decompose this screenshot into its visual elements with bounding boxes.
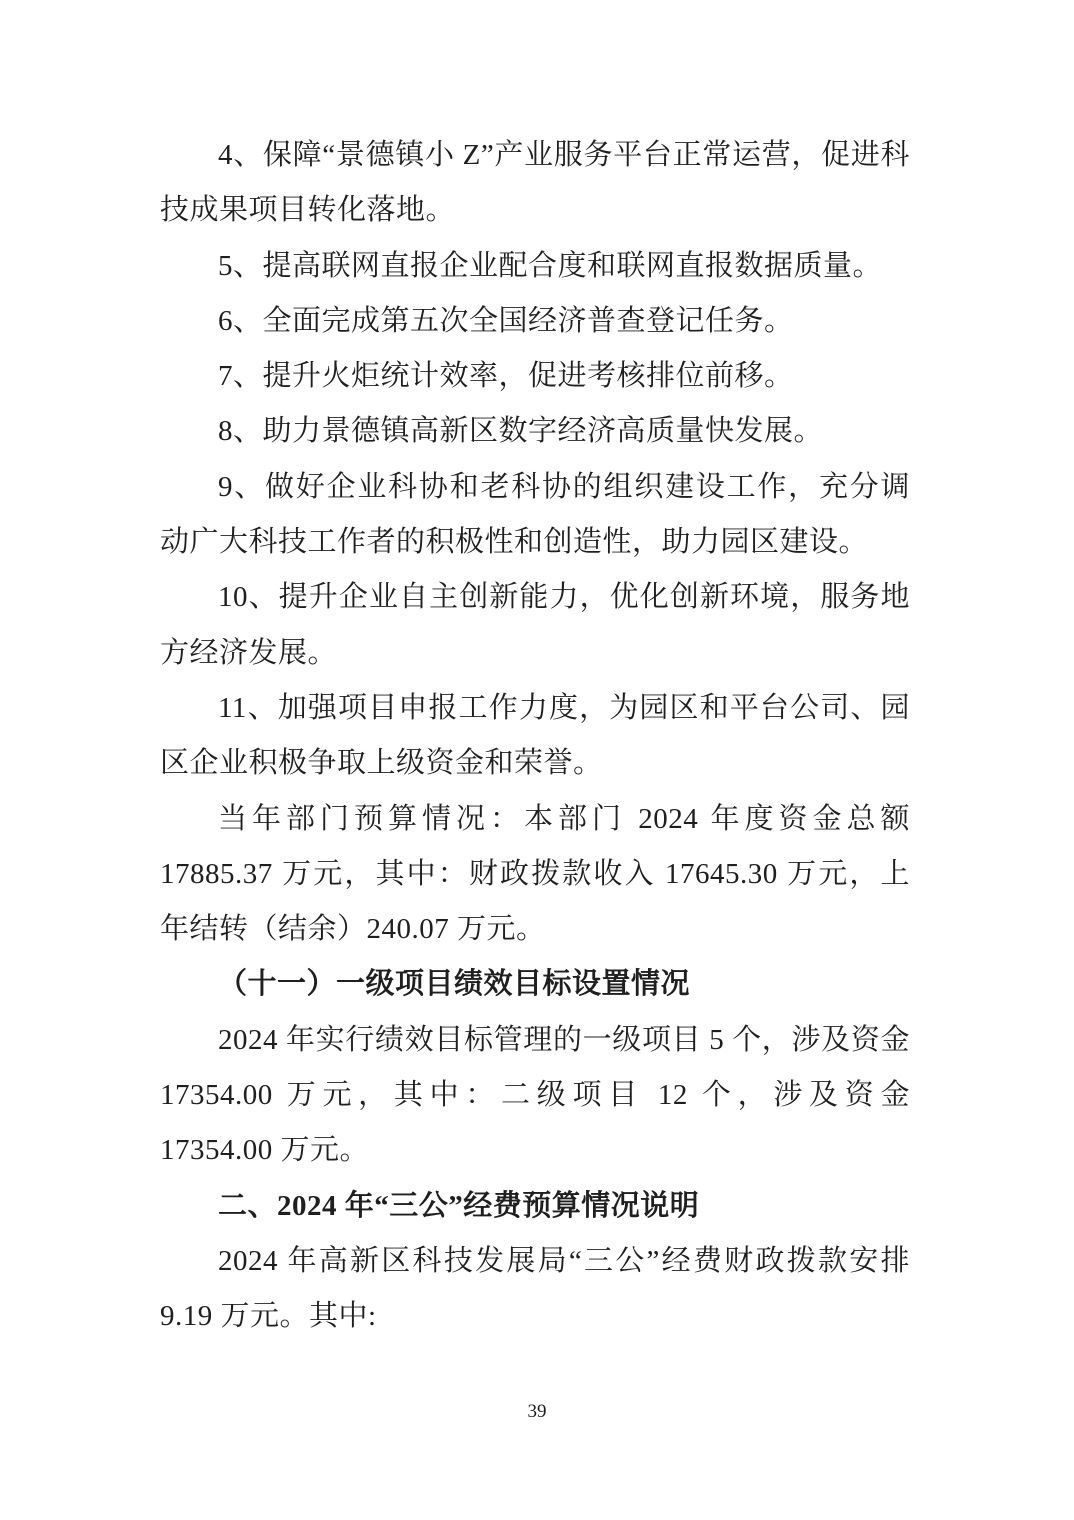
paragraph-performance-targets: 2024 年实行绩效目标管理的一级项目 5 个，涉及资金 17354.00 万元… xyxy=(160,1013,910,1179)
section-heading-2: 二、2024 年“三公”经费预算情况说明 xyxy=(160,1179,910,1234)
page-number: 39 xyxy=(0,1400,1074,1424)
paragraph-item-10: 10、提升企业自主创新能力，优化创新环境，服务地方经济发展。 xyxy=(160,570,910,681)
document-body: 4、保障“景德镇小 Z”产业服务平台正常运营，促进科技成果项目转化落地。 5、提… xyxy=(160,128,910,1345)
paragraph-item-7: 7、提升火炬统计效率，促进考核排位前移。 xyxy=(160,349,910,404)
paragraph-item-5: 5、提高联网直报企业配合度和联网直报数据质量。 xyxy=(160,239,910,294)
paragraph-item-8: 8、助力景德镇高新区数字经济高质量快发展。 xyxy=(160,404,910,459)
paragraph-budget-summary: 当年部门预算情况：本部门 2024 年度资金总额 17885.37 万元，其中：… xyxy=(160,792,910,958)
paragraph-item-11: 11、加强项目申报工作力度，为园区和平台公司、园区企业积极争取上级资金和荣誉。 xyxy=(160,681,910,792)
paragraph-three-public-funds: 2024 年高新区科技发展局“三公”经费财政拨款安排 9.19 万元。其中: xyxy=(160,1234,910,1345)
document-page: 4、保障“景德镇小 Z”产业服务平台正常运营，促进科技成果项目转化落地。 5、提… xyxy=(0,0,1074,1520)
paragraph-item-9: 9、做好企业科协和老科协的组织建设工作，充分调动广大科技工作者的积极性和创造性，… xyxy=(160,460,910,571)
paragraph-item-6: 6、全面完成第五次全国经济普查登记任务。 xyxy=(160,294,910,349)
section-heading-11: （十一）一级项目绩效目标设置情况 xyxy=(160,957,910,1012)
paragraph-item-4: 4、保障“景德镇小 Z”产业服务平台正常运营，促进科技成果项目转化落地。 xyxy=(160,128,910,239)
